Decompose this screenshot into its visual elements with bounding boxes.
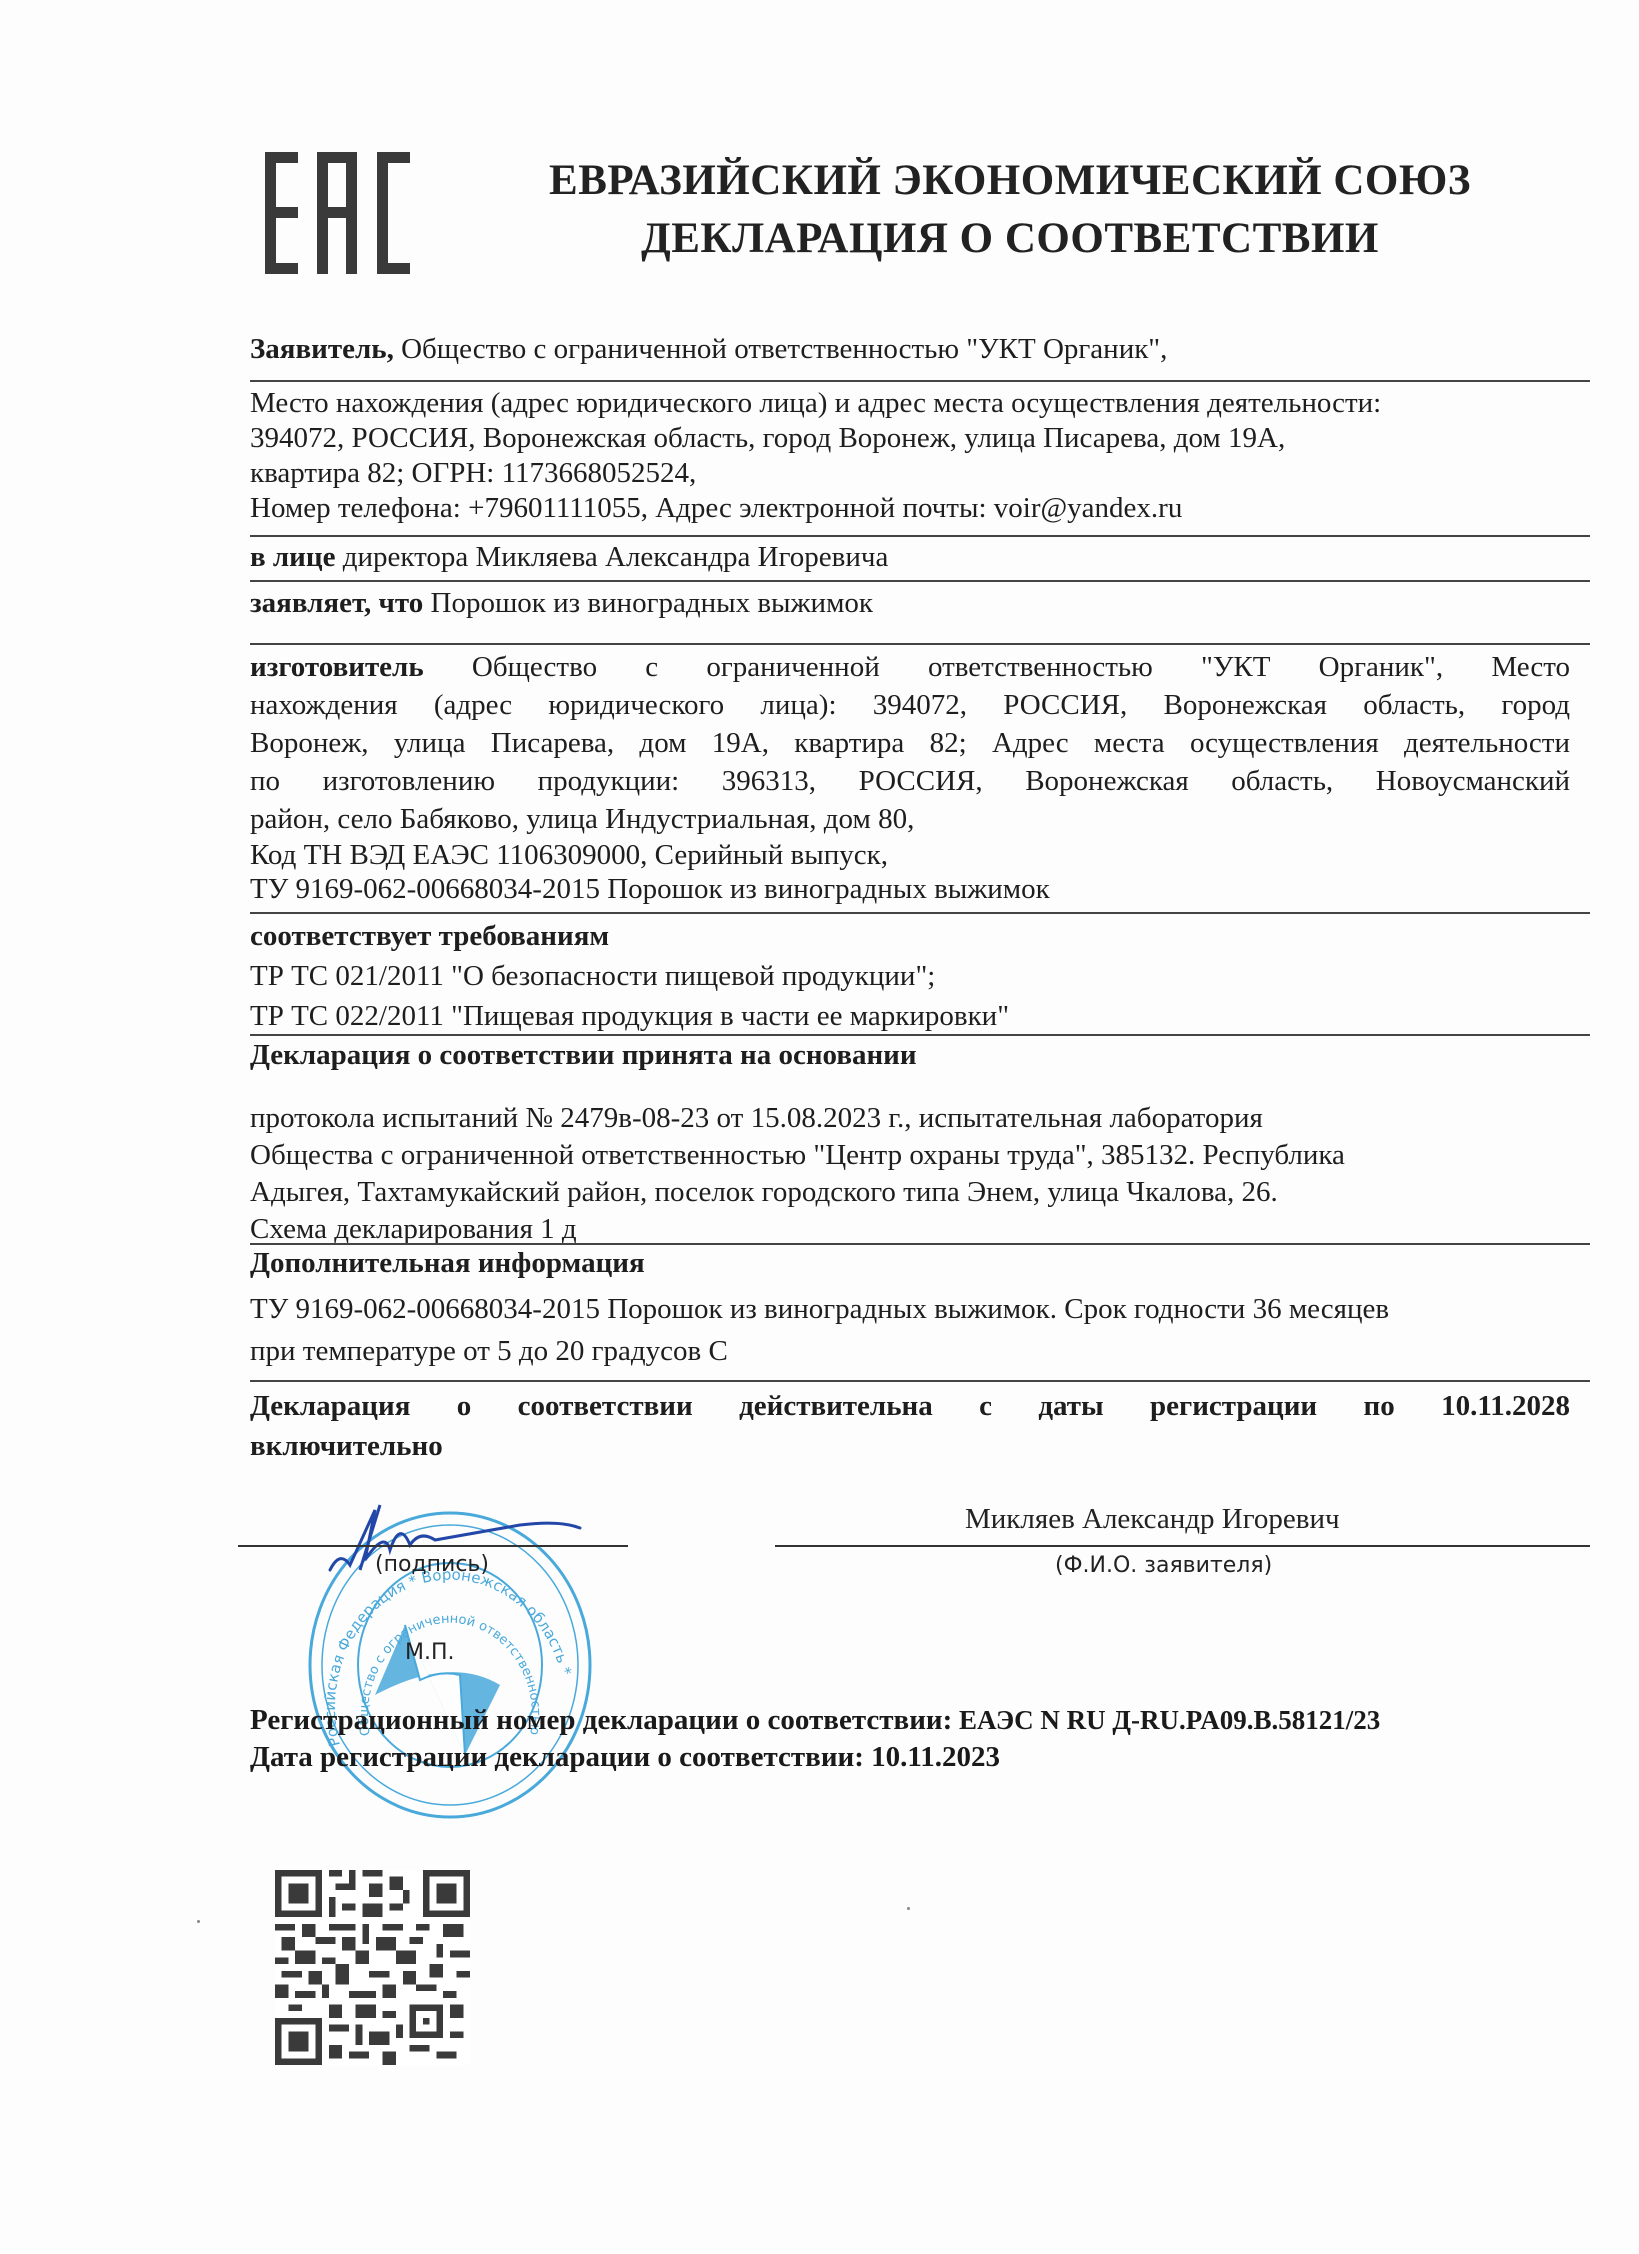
document-title: ЕВРАЗИЙСКИЙ ЭКОНОМИЧЕСКИЙ СОЮЗ ДЕКЛАРАЦИ…: [530, 152, 1490, 268]
represented-by-label: в лице: [250, 541, 335, 573]
address-section: Место нахождения (адрес юридического лиц…: [250, 386, 1570, 526]
applicant-value: Общество с ограниченной ответственностью…: [394, 333, 1168, 365]
declares-label: заявляет, что: [250, 587, 423, 619]
scan-speck: [907, 1907, 910, 1910]
signature-line: [238, 1545, 628, 1547]
divider: [250, 580, 1590, 582]
additional-info-section: Дополнительная информация ТУ 9169-062-00…: [250, 1246, 1570, 1372]
basis-section: Декларация о соответствии принята на осн…: [250, 1038, 1570, 1248]
divider: [250, 643, 1590, 645]
contact-line: Номер телефона: +79601111055, Адрес элек…: [250, 491, 1570, 526]
validity-section: Декларация о соответствии действительна …: [250, 1386, 1570, 1466]
validity-line: включительно: [250, 1426, 1570, 1466]
manufacturer-line: по изготовлению продукции: 396313, РОССИ…: [250, 762, 1570, 800]
requirement-item: ТР ТС 021/2011 "О безопасности пищевой п…: [250, 956, 1570, 996]
registration-number-label: Регистрационный номер декларации о соотв…: [250, 1704, 952, 1736]
manufacturer-line: район, село Бабяково, улица Индустриальн…: [250, 800, 1570, 838]
qr-code-icon[interactable]: [275, 1870, 470, 2065]
registration-date: Дата регистрации декларации о соответств…: [250, 1740, 1000, 1774]
applicant-label: Заявитель,: [250, 333, 394, 365]
requirements-heading: соответствует требованиям: [250, 916, 1570, 956]
applicant-section: Заявитель, Общество с ограниченной ответ…: [250, 332, 1570, 366]
validity-line: Декларация о соответствии действительна …: [250, 1386, 1570, 1426]
basis-line: протокола испытаний № 2479в-08-23 от 15.…: [250, 1100, 1570, 1137]
scan-speck: [197, 1920, 200, 1923]
divider: [250, 380, 1590, 382]
divider: [250, 1380, 1590, 1382]
manufacturer-line: Общество с ограниченной ответственностью…: [424, 651, 1570, 683]
basis-heading: Декларация о соответствии принята на осн…: [250, 1038, 1570, 1072]
represented-by-section: в лице директора Микляева Александра Иго…: [250, 540, 1570, 574]
declaration-page: ЕВРАЗИЙСКИЙ ЭКОНОМИЧЕСКИЙ СОЮЗ ДЕКЛАРАЦИ…: [0, 0, 1639, 2254]
additional-info-line: ТУ 9169-062-00668034-2015 Порошок из вин…: [250, 1288, 1570, 1330]
additional-info-line: при температуре от 5 до 20 градусов С: [250, 1330, 1570, 1372]
registration-date-value: 10.11.2023: [864, 1741, 1000, 1773]
applicant-name-label: (Ф.И.О. заявителя): [1055, 1553, 1272, 1578]
requirements-section: соответствует требованиям ТР ТС 021/2011…: [250, 916, 1570, 1036]
registration-number: Регистрационный номер декларации о соотв…: [250, 1703, 1380, 1737]
manufacturer-label: изготовитель: [250, 651, 424, 683]
title-declaration: ДЕКЛАРАЦИЯ О СООТВЕТСТВИИ: [530, 210, 1490, 268]
additional-info-heading: Дополнительная информация: [250, 1246, 1570, 1280]
manufacturer-line: нахождения (адрес юридического лица): 39…: [250, 686, 1570, 724]
registration-date-label: Дата регистрации декларации о соответств…: [250, 1741, 864, 1773]
applicant-name: Микляев Александр Игоревич: [965, 1503, 1340, 1536]
hs-code-line: Код ТН ВЭД ЕАЭС 1106309000, Серийный вып…: [250, 838, 1570, 872]
requirement-item: ТР ТС 022/2011 "Пищевая продукция в част…: [250, 996, 1570, 1036]
declares-value: Порошок из виноградных выжимок: [423, 587, 873, 619]
divider: [250, 535, 1590, 537]
stamp-place-label: М.П.: [405, 1640, 455, 1665]
spec-line: ТУ 9169-062-00668034-2015 Порошок из вин…: [250, 872, 1570, 906]
represented-by-value: директора Микляева Александра Игоревича: [335, 541, 888, 573]
title-union: ЕВРАЗИЙСКИЙ ЭКОНОМИЧЕСКИЙ СОЮЗ: [530, 152, 1490, 210]
manufacturer-section: изготовитель Общество с ограниченной отв…: [250, 648, 1570, 906]
divider: [250, 1243, 1590, 1245]
divider: [250, 912, 1590, 914]
basis-line: Общества с ограниченной ответственностью…: [250, 1137, 1570, 1174]
registration-number-value: ЕАЭС N RU Д-RU.PA09.B.58121/23: [952, 1705, 1380, 1735]
basis-line: Адыгея, Тахтамукайский район, поселок го…: [250, 1174, 1570, 1211]
eac-logo-icon: [265, 152, 410, 274]
name-line: [775, 1545, 1590, 1547]
divider: [250, 1034, 1590, 1036]
manufacturer-line: Воронеж, улица Писарева, дом 19А, кварти…: [250, 724, 1570, 762]
address-line: 394072, РОССИЯ, Воронежская область, гор…: [250, 421, 1570, 456]
signature-label: (подпись): [375, 1552, 489, 1577]
address-line: квартира 82; ОГРН: 1173668052524,: [250, 456, 1570, 491]
declares-section: заявляет, что Порошок из виноградных выж…: [250, 586, 1570, 620]
address-line: Место нахождения (адрес юридического лиц…: [250, 386, 1570, 421]
